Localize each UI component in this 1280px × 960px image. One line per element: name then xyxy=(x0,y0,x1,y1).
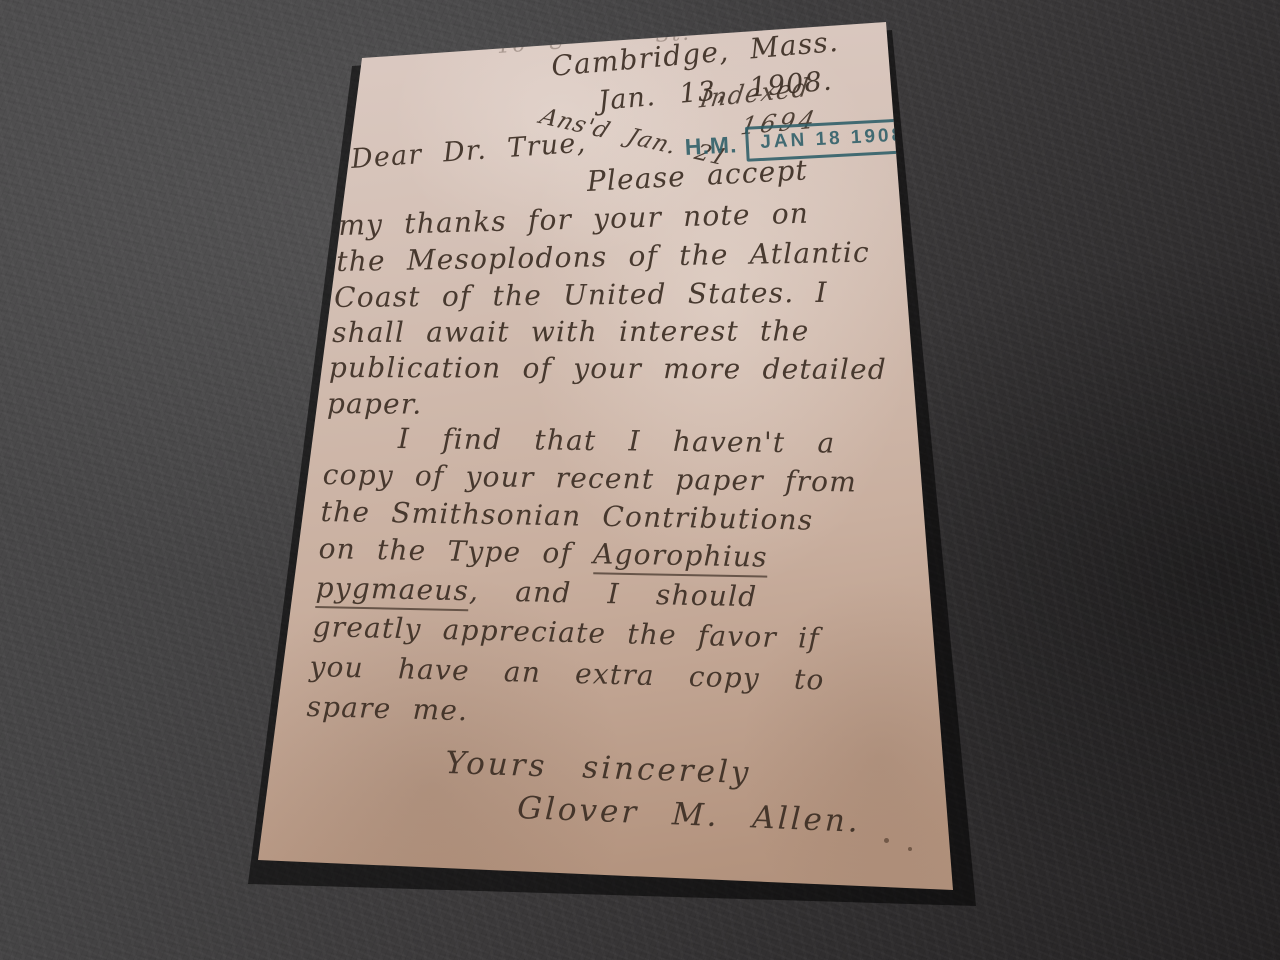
stamp-date: JAN 18 1908 xyxy=(760,124,906,153)
letter-salutation: Dear Dr. True, xyxy=(350,128,587,175)
ink-speck xyxy=(908,847,912,851)
underlined-genus-name: Agorophius xyxy=(593,537,768,577)
letter-line: shall await with interest the xyxy=(332,314,810,349)
underlined-species-name: pygmaeus xyxy=(315,571,469,611)
letter-line: spare me. xyxy=(306,690,468,727)
letter-line: I find that I haven't a xyxy=(398,422,836,460)
letter-line: Please accept xyxy=(586,153,809,198)
letter-line: pygmaeus, and I should xyxy=(315,571,757,613)
letter-line: my thanks for your note on xyxy=(338,197,809,242)
letter-closing: Yours sincerely xyxy=(445,745,752,791)
letter-line: Coast of the United States. I xyxy=(334,276,828,314)
letter-line: on the Type of Agorophius xyxy=(318,532,768,574)
ink-speck xyxy=(884,838,889,843)
letter-line: you have an extra copy to xyxy=(309,650,825,696)
letter-line: publication of your more detailed xyxy=(329,351,887,386)
letter-line-text: , and I should xyxy=(469,574,758,613)
letter-paper: 16 U——— St. Cambridge, Mass. Jan. 13, 19… xyxy=(0,0,1280,960)
letter-line: copy of your recent paper from xyxy=(323,458,858,498)
photo-background: 16 U——— St. Cambridge, Mass. Jan. 13, 19… xyxy=(0,0,1280,960)
letter-line: the Smithsonian Contributions xyxy=(320,495,813,537)
letter-line-text: on the Type of xyxy=(318,532,593,570)
letter-signature: Glover M. Allen. xyxy=(517,790,862,840)
letter-line: paper. xyxy=(327,387,423,421)
letter-line: greatly appreciate the favor if xyxy=(312,610,820,655)
letter-line: the Mesoplodons of the Atlantic xyxy=(336,236,870,278)
